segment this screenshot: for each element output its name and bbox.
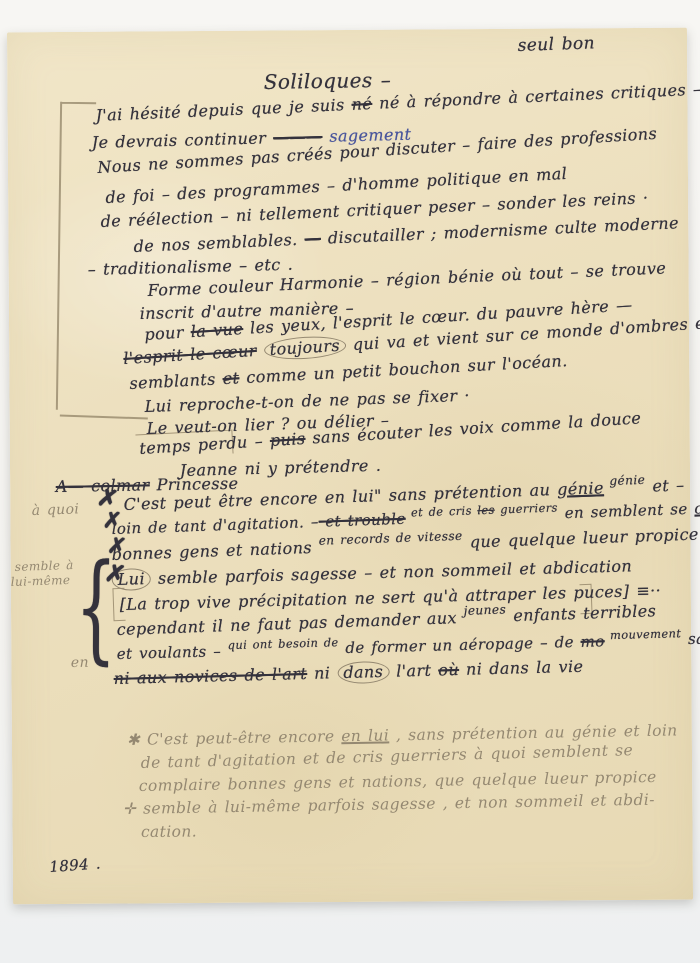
margin-note: semble à (15, 558, 74, 574)
text-segment: en lui (341, 726, 389, 745)
text-segment: guerriers (495, 500, 559, 516)
text-segment: et de cris (405, 503, 477, 520)
margin-note: en (71, 655, 89, 671)
text-segment: ✱ C'est peut-être encore (127, 727, 342, 749)
text-segment: ✗ (106, 532, 128, 560)
pencil-margin-bracket (56, 102, 96, 410)
text-segment: né (351, 94, 372, 114)
text-segment: génie (603, 473, 645, 488)
x-mark: ✗ (106, 532, 128, 560)
x-mark: ✗ (102, 507, 123, 535)
text-segment: l'art (389, 661, 439, 681)
text-segment: ni dans la vie (459, 657, 584, 679)
text-segment: où (438, 660, 459, 680)
text-segment: dans (337, 661, 389, 684)
text-segment: et – (645, 475, 685, 495)
text-segment: la vue (190, 319, 244, 341)
text-segment: puis (269, 429, 306, 450)
date: 1894 . (49, 854, 102, 876)
text-segment: cation. (141, 823, 197, 841)
text-segment: ✗ (102, 507, 123, 535)
text-segment: 1894 . (49, 854, 102, 876)
text-segment: lui-même (11, 573, 71, 589)
text-segment: génie (557, 478, 604, 499)
text-segment: pour (144, 322, 191, 344)
text-segment: en records de vitesse (318, 529, 462, 548)
page-title: Soliloques – (264, 68, 392, 94)
text-segment: à quoi (31, 501, 79, 519)
text-segment: ni (307, 663, 338, 683)
text-segment: sages (681, 629, 700, 649)
text-segment: Soliloques – (264, 68, 392, 94)
text-segment: mo (580, 632, 605, 651)
text-segment: complaire · (694, 496, 700, 517)
text-segment (256, 340, 264, 359)
margin-note: à quoi (31, 501, 79, 519)
text-segment: mouvement (604, 626, 681, 642)
photographed-manuscript-page: { seul bonSoliloques –J'ai hésité depuis… (0, 0, 700, 963)
text-segment: — (304, 229, 321, 249)
text-segment: en (71, 655, 89, 671)
text-segment: les (477, 503, 495, 518)
text-segment: jeunes (463, 603, 506, 618)
text-segment: et (222, 368, 240, 388)
text-segment: semble à (15, 558, 74, 574)
margin-note: lui-même (11, 573, 71, 589)
pencil-paragraph-line: cation. (141, 823, 197, 841)
text-segment: et voulants – (117, 642, 229, 663)
text-segment: qui ont besoin de (227, 635, 338, 652)
text-segment: et trouble (318, 510, 406, 531)
text-segment: – (247, 431, 270, 451)
text-segment: seul bon (517, 33, 595, 56)
annotation-seul-bon: seul bon (517, 33, 595, 56)
